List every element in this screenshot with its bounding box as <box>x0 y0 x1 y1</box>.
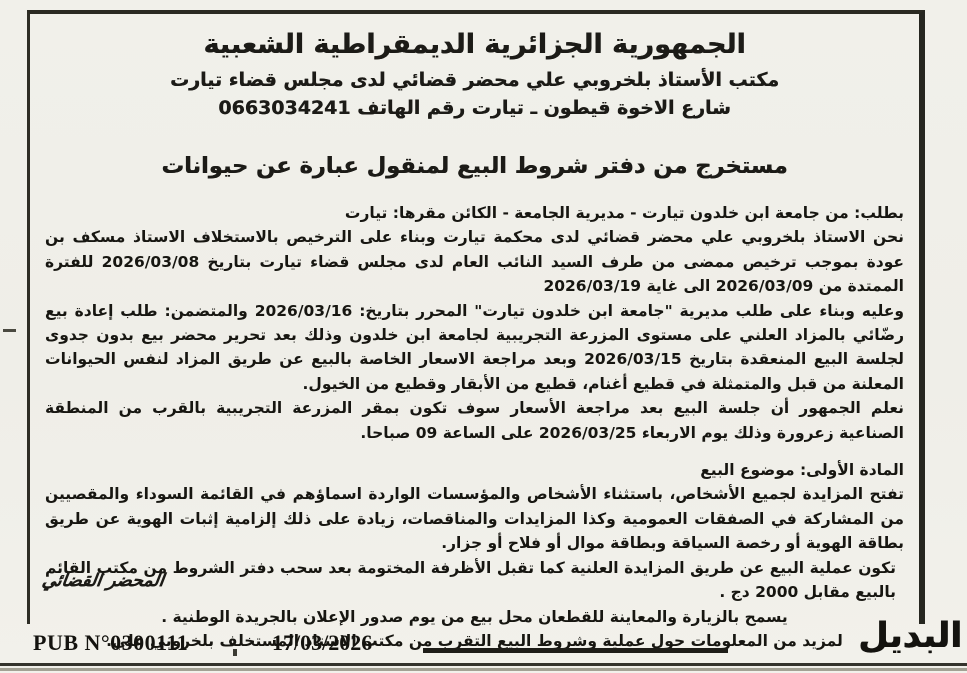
bailiff-signature: المحضر القضائي <box>41 571 165 591</box>
request-line: بطلب: من جامعة ابن خلدون تيارت - مديرية … <box>45 201 904 225</box>
sale-request-paragraph: وعليه وبناء على طلب مديرية "جامعة ابن خل… <box>45 299 904 397</box>
page-title: مستخرج من دفتر شروط البيع لمنقول عبارة ع… <box>45 151 904 181</box>
publication-number: PUB N°0300111 <box>33 630 188 656</box>
eligibility-paragraph: تفتح المزايدة لجميع الأشخاص، باستثناء ال… <box>45 482 904 555</box>
address-phone-line: شارع الاخوة قيطون ـ تيارت رقم الهاتف 066… <box>45 95 904 122</box>
publication-date: 17/03/2026 <box>272 630 372 656</box>
country-title: الجمهورية الجزائرية الديمقراطية الشعبية <box>45 26 904 63</box>
bottom-divider <box>0 663 967 668</box>
announcement-body: بطلب: من جامعة ابن خلدون تيارت - مديرية … <box>45 201 904 653</box>
newspaper-logo: البديل <box>748 616 962 656</box>
document-header: الجمهورية الجزائرية الديمقراطية الشعبية … <box>45 26 904 122</box>
article-heading: المادة الأولى: موضوع البيع <box>45 458 904 482</box>
process-paragraph: تكون عملية البيع عن طريق المزايدة العلني… <box>45 556 904 605</box>
mandate-paragraph: نحن الاستاذ بلخروبي علي محضر قضائي لدى م… <box>45 225 904 298</box>
logo-underline <box>423 648 728 653</box>
announcement-paragraph: نعلم الجمهور أن جلسة البيع بعد مراجعة ال… <box>45 396 904 445</box>
newspaper-ad-page: الجمهورية الجزائرية الديمقراطية الشعبية … <box>0 0 967 673</box>
scan-mark <box>3 329 16 332</box>
bailiff-office-line: مكتب الأستاذ بلخروبي علي محضر قضائي لدى … <box>45 66 904 95</box>
scan-mark <box>233 649 237 656</box>
announcement-frame: الجمهورية الجزائرية الديمقراطية الشعبية … <box>27 10 925 624</box>
